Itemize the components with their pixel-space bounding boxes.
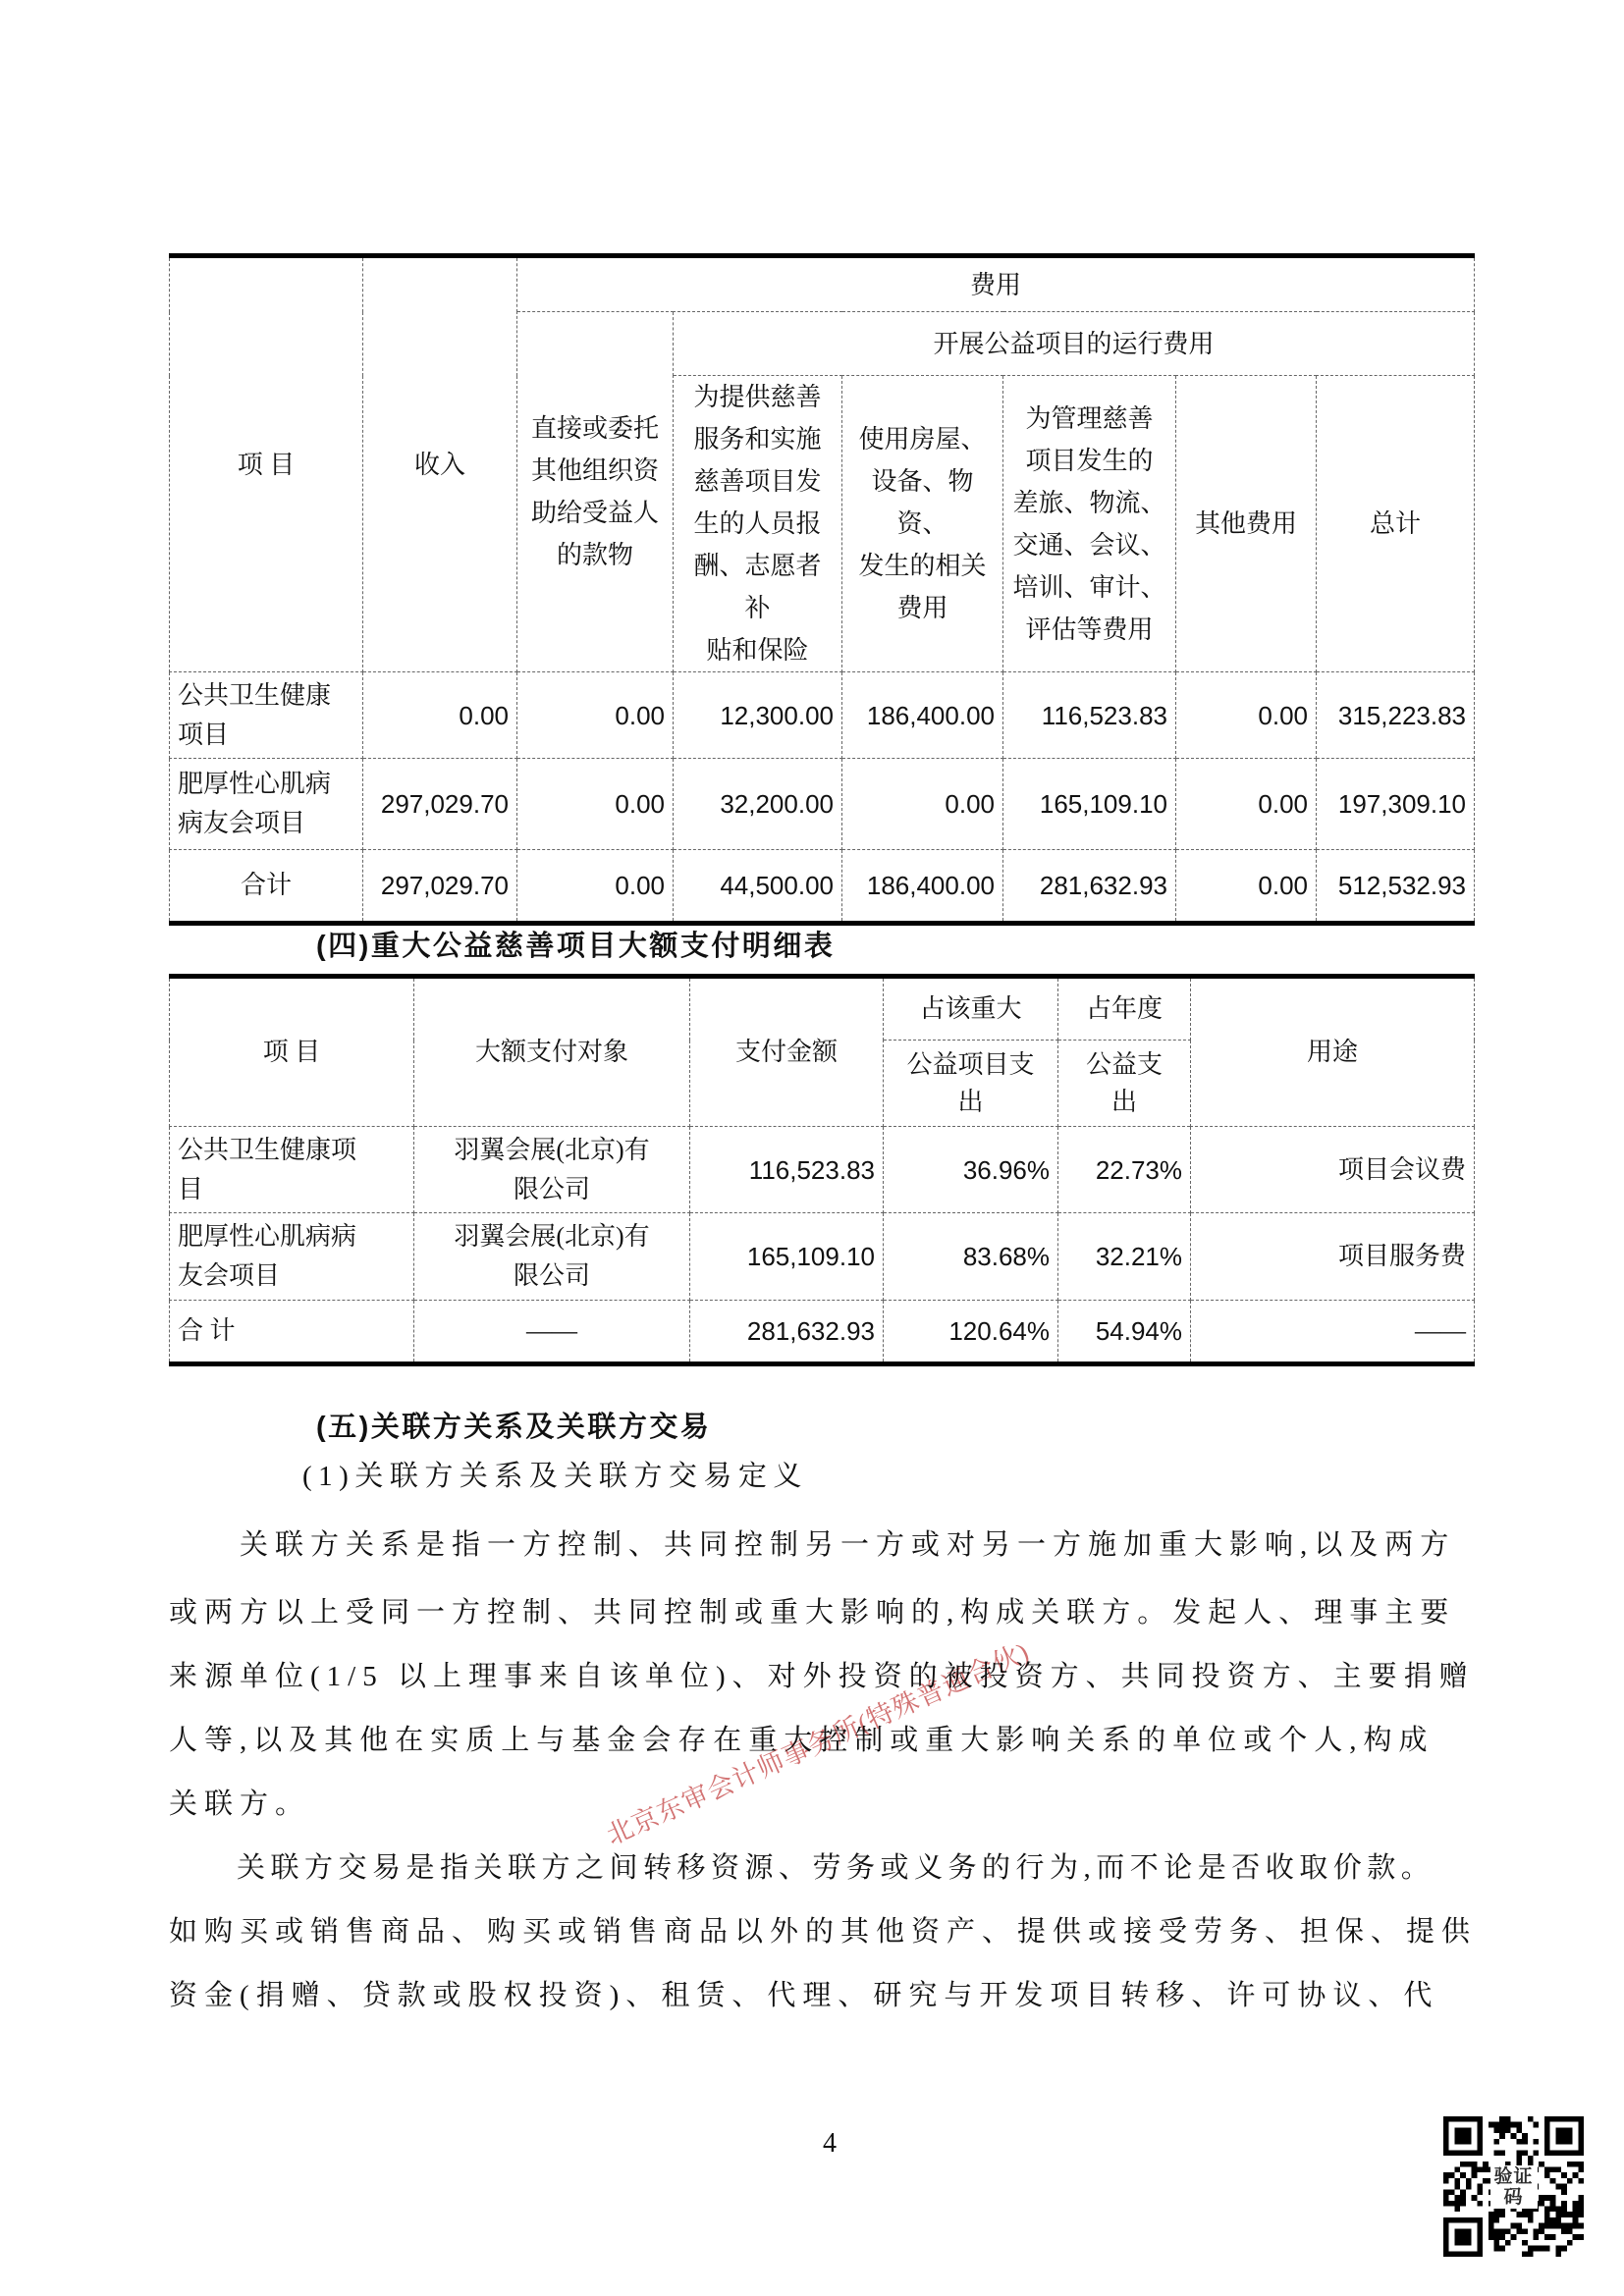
t1-header-expense-group: 费用 [517,256,1475,312]
t1-r1-total: 315,223.83 [1317,672,1475,759]
t2-r2-project: 肥厚性心肌病病 友会项目 [170,1213,414,1301]
t1-r3-income: 297,029.70 [363,850,517,924]
project-expense-table: 项 目 收入 费用 直接或委托 其他组织资 助给受益人 的款物 开展公益项目的运… [169,253,1475,926]
t1-r2-service: 32,200.00 [674,759,842,850]
t2-r2-purpose: 项目服务费 [1191,1213,1475,1301]
qr-code: 验证码 [1443,2116,1584,2257]
t1-r3-housing: 186,400.00 [842,850,1003,924]
t1-header-service: 为提供慈善 服务和实施 慈善项目发 生的人员报 酬、志愿者补 贴和保险 [674,376,842,672]
section5-subtitle: (1)关联方关系及关联方交易定义 [302,1461,1624,1492]
t1-r1-project: 公共卫生健康 项目 [170,672,363,759]
t2-r3-amount: 281,632.93 [690,1301,884,1364]
t1-r2-admin: 165,109.10 [1003,759,1176,850]
major-payments-table: 项 目 大额支付对象 支付金额 占该重大 占年度 用途 公益项目支 出 公益支 … [169,974,1475,1366]
paragraph-line: 资金(捐赠、贷款或股权投资)、租赁、代理、研究与开发项目转移、许可协议、代 [169,1980,1504,2011]
t2-r2-major: 83.68% [884,1213,1058,1301]
t1-r1-service: 12,300.00 [674,672,842,759]
t1-r2-income: 297,029.70 [363,759,517,850]
table-row: 公共卫生健康项 目 羽翼会展(北京)有 限公司 116,523.83 36.96… [170,1127,1475,1213]
t1-header-total: 总计 [1317,376,1475,672]
t2-header-annual-top: 占年度 [1058,977,1191,1041]
t2-header-annual-bottom: 公益支 出 [1058,1041,1191,1127]
t2-r3-project: 合 计 [170,1301,414,1364]
paragraph-line: 如购买或销售商品、购买或销售商品以外的其他资产、提供或接受劳务、担保、提供 [169,1916,1504,1948]
t2-r1-payee: 羽翼会展(北京)有 限公司 [414,1127,690,1213]
t2-header-amount: 支付金额 [690,977,884,1127]
paragraph-line: 或两方以上受同一方控制、共同控制或重大影响的,构成关联方。发起人、理事主要 [169,1597,1504,1629]
t1-r2-housing: 0.00 [842,759,1003,850]
t1-header-other: 其他费用 [1176,376,1317,672]
qr-verification-label: 验证码 [1490,2165,1538,2209]
t1-r2-direct: 0.00 [517,759,674,850]
section4-title: (四)重大公益慈善项目大额支付明细表 [316,924,835,964]
t1-r1-other: 0.00 [1176,672,1317,759]
t2-header-payee: 大额支付对象 [414,977,690,1127]
t2-r1-annual: 22.73% [1058,1127,1191,1213]
t2-header-major-bottom: 公益项目支 出 [884,1041,1058,1127]
t2-r3-payee: —— [414,1301,690,1364]
table-row: 肥厚性心肌病 病友会项目 297,029.70 0.00 32,200.00 0… [170,759,1475,850]
paragraph-line: 来源单位(1/5 以上理事来自该单位)、对外投资的被投资方、共同投资方、主要捐赠 [169,1661,1504,1692]
t1-r2-other: 0.00 [1176,759,1317,850]
t1-r3-direct: 0.00 [517,850,674,924]
table-row-total: 合计 297,029.70 0.00 44,500.00 186,400.00 … [170,850,1475,924]
document-page: 北京东审会计师事务所(特殊普通合伙) 项 目 收入 费用 直接或委托 其他组织资… [0,0,1624,2296]
paragraph-line: 关联方关系是指一方控制、共同控制另一方或对另一方施加重大影响,以及两方 [169,1529,1504,1561]
t1-header-running-group: 开展公益项目的运行费用 [674,312,1475,376]
table-row: 肥厚性心肌病病 友会项目 羽翼会展(北京)有 限公司 165,109.10 83… [170,1213,1475,1301]
section5-title: (五)关联方关系及关联方交易 [316,1405,711,1445]
t2-header-major-top: 占该重大 [884,977,1058,1041]
t1-header-admin: 为管理慈善 项目发生的 差旅、物流、 交通、会议、 培训、审计、 评估等费用 [1003,376,1176,672]
t2-r1-amount: 116,523.83 [690,1127,884,1213]
t1-r3-admin: 281,632.93 [1003,850,1176,924]
table-row-total: 合 计 —— 281,632.93 120.64% 54.94% —— [170,1301,1475,1364]
t1-r1-admin: 116,523.83 [1003,672,1176,759]
t2-r2-annual: 32.21% [1058,1213,1191,1301]
t2-r3-annual: 54.94% [1058,1301,1191,1364]
t1-r3-other: 0.00 [1176,850,1317,924]
t2-r1-purpose: 项目会议费 [1191,1127,1475,1213]
t1-header-housing: 使用房屋、 设备、物资、 发生的相关 费用 [842,376,1003,672]
t1-r3-project: 合计 [170,850,363,924]
t2-header-purpose: 用途 [1191,977,1475,1127]
table-row: 公共卫生健康 项目 0.00 0.00 12,300.00 186,400.00… [170,672,1475,759]
t2-r3-purpose: —— [1191,1301,1475,1364]
t1-r1-housing: 186,400.00 [842,672,1003,759]
t1-r3-service: 44,500.00 [674,850,842,924]
t2-r2-payee: 羽翼会展(北京)有 限公司 [414,1213,690,1301]
t1-header-direct: 直接或委托 其他组织资 助给受益人 的款物 [517,312,674,672]
t1-header-income: 收入 [363,256,517,672]
paragraph-line: 关联方交易是指关联方之间转移资源、劳务或义务的行为,而不论是否收取价款。 [169,1852,1504,1884]
t1-r1-income: 0.00 [363,672,517,759]
t2-r1-major: 36.96% [884,1127,1058,1213]
t2-header-project: 项 目 [170,977,414,1127]
t1-header-project: 项 目 [170,256,363,672]
t2-r3-major: 120.64% [884,1301,1058,1364]
t1-r1-direct: 0.00 [517,672,674,759]
page-number: 4 [785,2128,874,2160]
t1-r2-total: 197,309.10 [1317,759,1475,850]
t2-r1-project: 公共卫生健康项 目 [170,1127,414,1213]
t1-r2-project: 肥厚性心肌病 病友会项目 [170,759,363,850]
t2-r2-amount: 165,109.10 [690,1213,884,1301]
t1-r3-total: 512,532.93 [1317,850,1475,924]
paragraph-line: 关联方。 [169,1789,1504,1820]
